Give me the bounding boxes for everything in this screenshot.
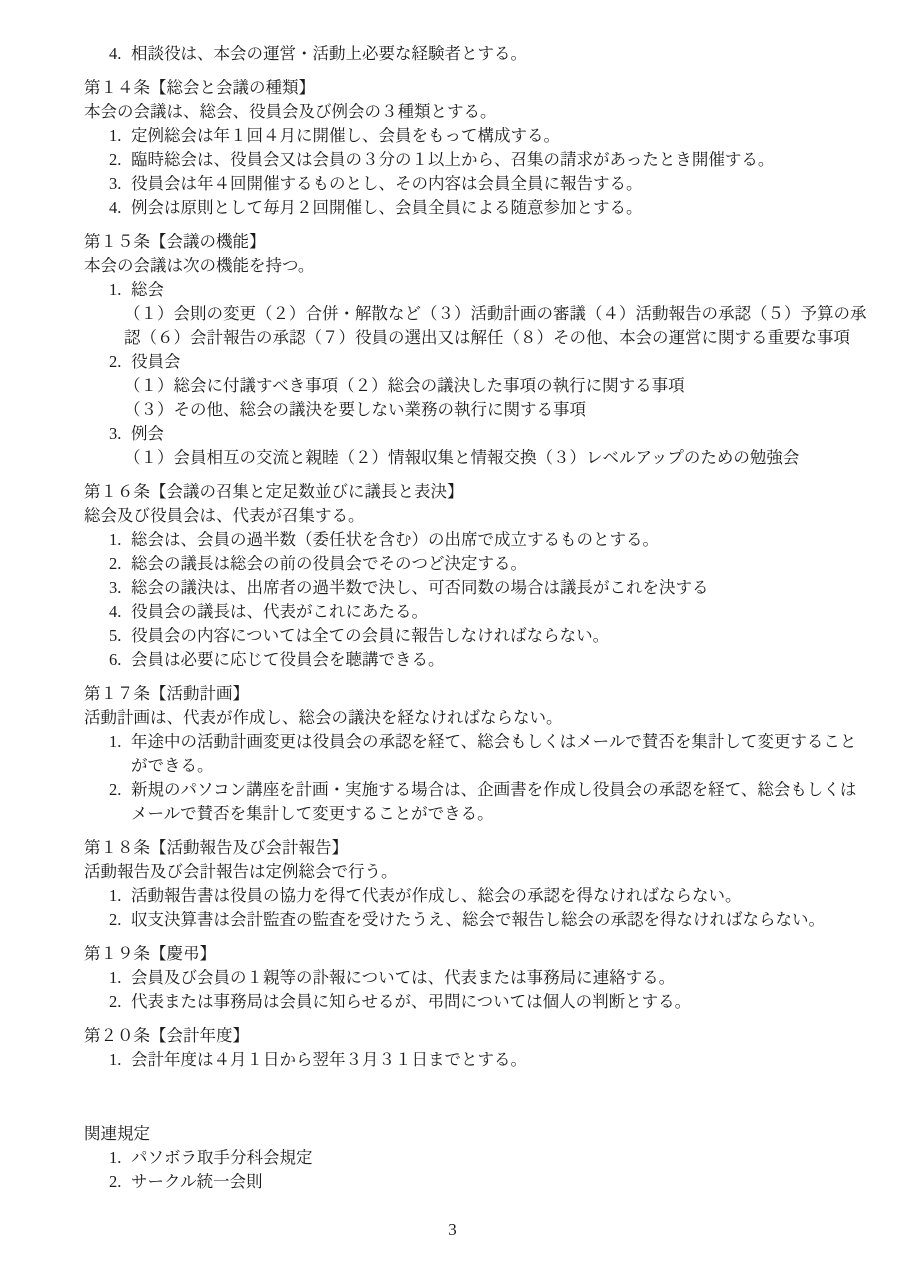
list-item-number: 2. (109, 990, 131, 1014)
section-heading: 第１８条【活動報告及び会計報告】 (84, 836, 865, 860)
list-item-text: 例会は原則として毎月２回開催し、会員全員による随意参加とする。 (131, 196, 643, 220)
list-item: 3.総会の議決は、出席者の過半数で決し、可否同数の場合は議長がこれを決する (84, 576, 865, 600)
list-item-text-continuation: メールで賛否を集計して変更することができる。 (109, 802, 865, 826)
list-item-text-continuation: ができる。 (109, 754, 865, 778)
list-item-row: 6.会員は必要に応じて役員会を聴講できる。 (109, 648, 865, 672)
sub-item-line: （１）会則の変更（２）合併・解散など（３）活動計画の審議（４）活動報告の承認（５… (84, 302, 865, 326)
section-heading: 第１４条【総会と会議の種類】 (84, 76, 865, 100)
sub-item-line: （１）総会に付議すべき事項（２）総会の議決した事項の執行に関する事項 (84, 374, 865, 398)
list-item-row: 1.会員及び会員の１親等の訃報については、代表または事務局に連絡する。 (109, 966, 865, 990)
list-item-number: 3. (109, 422, 131, 446)
list-item: 4.相談役は、本会の運営・活動上必要な経験者とする。 (84, 42, 865, 66)
paragraph: 本会の会議は次の機能を持つ。 (84, 254, 865, 278)
list-item-text: 相談役は、本会の運営・活動上必要な経験者とする。 (131, 42, 527, 66)
list-item: 1.会計年度は４月１日から翌年３月３１日までとする。 (84, 1048, 865, 1072)
list-item-row: 2.収支決算書は会計監査の監査を受けたうえ、総会で報告し総会の承認を得なければな… (109, 908, 865, 932)
list-item-number: 1. (109, 966, 131, 990)
list-item-text: パソボラ取手分科会規定 (131, 1146, 313, 1170)
list-item-number: 1. (109, 528, 131, 552)
list-item-number: 3. (109, 576, 131, 600)
list-item-row: 2.新規のパソコン講座を計画・実施する場合は、企画書を作成し役員会の承認を経て、… (109, 778, 865, 802)
list-item: 1.総会 (84, 278, 865, 302)
list-item-number: 1. (109, 730, 131, 754)
paragraph: 本会の会議は、総会、役員会及び例会の３種類とする。 (84, 100, 865, 124)
list-item-number: 2. (109, 778, 131, 802)
list-item-text: 臨時総会は、役員会又は会員の３分の１以上から、召集の請求があったとき開催する。 (131, 148, 774, 172)
list-item-text: 会計年度は４月１日から翌年３月３１日までとする。 (131, 1048, 527, 1072)
list-item: 4.例会は原則として毎月２回開催し、会員全員による随意参加とする。 (84, 196, 865, 220)
list-item-row: 2.総会の議長は総会の前の役員会でそのつど決定する。 (109, 552, 865, 576)
list-item-row: 2.役員会 (109, 350, 865, 374)
list-item-number: 1. (109, 1146, 131, 1170)
list-item-row: 1.パソボラ取手分科会規定 (109, 1146, 865, 1170)
list-item: 1.定例総会は年１回４月に開催し、会員をもって構成する。 (84, 124, 865, 148)
spacer (84, 1072, 865, 1112)
list-item-row: 2.臨時総会は、役員会又は会員の３分の１以上から、召集の請求があったとき開催する… (109, 148, 865, 172)
list-item-text: 役員会の内容については全ての会員に報告しなければならない。 (131, 624, 609, 648)
list-item: 2.新規のパソコン講座を計画・実施する場合は、企画書を作成し役員会の承認を経て、… (84, 778, 865, 826)
list-item-row: 3.役員会は年４回開催するものとし、その内容は会員全員に報告する。 (109, 172, 865, 196)
list-item-text: 新規のパソコン講座を計画・実施する場合は、企画書を作成し役員会の承認を経て、総会… (131, 778, 856, 802)
list-item-text: 会員及び会員の１親等の訃報については、代表または事務局に連絡する。 (131, 966, 675, 990)
list-item-number: 2. (109, 350, 131, 374)
list-item-text: 総会 (131, 278, 164, 302)
list-item-number: 1. (109, 884, 131, 908)
list-item-number: 2. (109, 908, 131, 932)
section-heading: 関連規定 (84, 1122, 865, 1146)
list-item: 2.臨時総会は、役員会又は会員の３分の１以上から、召集の請求があったとき開催する… (84, 148, 865, 172)
list-item: 1.年途中の活動計画変更は役員会の承認を経て、総会もしくはメールで賛否を集計して… (84, 730, 865, 778)
section-heading: 第１５条【会議の機能】 (84, 230, 865, 254)
list-item-row: 1.定例総会は年１回４月に開催し、会員をもって構成する。 (109, 124, 865, 148)
list-item-number: 5. (109, 624, 131, 648)
list-item-row: 4.役員会の議長は、代表がこれにあたる。 (109, 600, 865, 624)
sub-item-line: （３）その他、総会の議決を要しない業務の執行に関する事項 (84, 398, 865, 422)
list-item-text: 会員は必要に応じて役員会を聴講できる。 (131, 648, 445, 672)
list-item-number: 2. (109, 148, 131, 172)
list-item-text: 収支決算書は会計監査の監査を受けたうえ、総会で報告し総会の承認を得なければならな… (131, 908, 825, 932)
list-item-number: 2. (109, 1170, 131, 1194)
list-item: 3.役員会は年４回開催するものとし、その内容は会員全員に報告する。 (84, 172, 865, 196)
list-item-text: 定例総会は年１回４月に開催し、会員をもって構成する。 (131, 124, 560, 148)
section-heading: 第１６条【会議の召集と定足数並びに議長と表決】 (84, 480, 865, 504)
list-item: 5.役員会の内容については全ての会員に報告しなければならない。 (84, 624, 865, 648)
list-item-text: 総会の議決は、出席者の過半数で決し、可否同数の場合は議長がこれを決する (131, 576, 709, 600)
list-item-row: 5.役員会の内容については全ての会員に報告しなければならない。 (109, 624, 865, 648)
list-item: 6.会員は必要に応じて役員会を聴講できる。 (84, 648, 865, 672)
list-item-row: 4.相談役は、本会の運営・活動上必要な経験者とする。 (109, 42, 865, 66)
sub-item-line: 認（６）会計報告の承認（７）役員の選出又は解任（８）その他、本会の運営に関する重… (84, 326, 865, 350)
section-heading: 第１７条【活動計画】 (84, 682, 865, 706)
list-item-row: 3.総会の議決は、出席者の過半数で決し、可否同数の場合は議長がこれを決する (109, 576, 865, 600)
list-item-text: 例会 (131, 422, 164, 446)
list-item: 1.活動報告書は役員の協力を得て代表が作成し、総会の承認を得なければならない。 (84, 884, 865, 908)
list-item-row: 2.サークル統一会則 (109, 1170, 865, 1194)
list-item-number: 1. (109, 278, 131, 302)
list-item-text: 役員会 (131, 350, 181, 374)
list-item-row: 3.例会 (109, 422, 865, 446)
list-item-row: 4.例会は原則として毎月２回開催し、会員全員による随意参加とする。 (109, 196, 865, 220)
paragraph: 活動計画は、代表が作成し、総会の議決を経なければならない。 (84, 706, 865, 730)
list-item-text: 総会の議長は総会の前の役員会でそのつど決定する。 (131, 552, 527, 576)
list-item: 2.役員会 (84, 350, 865, 374)
list-item-row: 1.総会 (109, 278, 865, 302)
list-item-number: 4. (109, 600, 131, 624)
list-item-text: サークル統一会則 (131, 1170, 263, 1194)
list-item-number: 1. (109, 124, 131, 148)
list-item-row: 1.年途中の活動計画変更は役員会の承認を経て、総会もしくはメールで賛否を集計して… (109, 730, 865, 754)
document-page: 4.相談役は、本会の運営・活動上必要な経験者とする。第１４条【総会と会議の種類】… (0, 0, 905, 1280)
list-item-number: 2. (109, 552, 131, 576)
section-heading: 第２０条【会計年度】 (84, 1024, 865, 1048)
list-item-number: 3. (109, 172, 131, 196)
paragraph: 活動報告及び会計報告は定例総会で行う。 (84, 860, 865, 884)
list-item-number: 4. (109, 42, 131, 66)
list-item-row: 1.会計年度は４月１日から翌年３月３１日までとする。 (109, 1048, 865, 1072)
list-item-number: 4. (109, 196, 131, 220)
list-item-text: 年途中の活動計画変更は役員会の承認を経て、総会もしくはメールで賛否を集計して変更… (131, 730, 856, 754)
list-item: 2.収支決算書は会計監査の監査を受けたうえ、総会で報告し総会の承認を得なければな… (84, 908, 865, 932)
list-item: 3.例会 (84, 422, 865, 446)
list-item-text: 代表または事務局は会員に知らせるが、弔問については個人の判断とする。 (131, 990, 691, 1014)
sub-item-line: （１）会員相互の交流と親睦（２）情報収集と情報交換（３）レベルアップのための勉強… (84, 446, 865, 470)
list-item: 1.総会は、会員の過半数（委任状を含む）の出席で成立するものとする。 (84, 528, 865, 552)
list-item-text: 総会は、会員の過半数（委任状を含む）の出席で成立するものとする。 (131, 528, 659, 552)
list-item-text: 活動報告書は役員の協力を得て代表が作成し、総会の承認を得なければならない。 (131, 884, 742, 908)
paragraph: 総会及び役員会は、代表が召集する。 (84, 504, 865, 528)
list-item-row: 2.代表または事務局は会員に知らせるが、弔問については個人の判断とする。 (109, 990, 865, 1014)
list-item-row: 1.活動報告書は役員の協力を得て代表が作成し、総会の承認を得なければならない。 (109, 884, 865, 908)
list-item: 1.パソボラ取手分科会規定 (84, 1146, 865, 1170)
list-item-text: 役員会は年４回開催するものとし、その内容は会員全員に報告する。 (131, 172, 643, 196)
section-heading: 第１９条【慶弔】 (84, 942, 865, 966)
list-item-text: 役員会の議長は、代表がこれにあたる。 (131, 600, 428, 624)
list-item: 2.総会の議長は総会の前の役員会でそのつど決定する。 (84, 552, 865, 576)
list-item: 4.役員会の議長は、代表がこれにあたる。 (84, 600, 865, 624)
list-item-row: 1.総会は、会員の過半数（委任状を含む）の出席で成立するものとする。 (109, 528, 865, 552)
page-number: 3 (0, 1218, 905, 1242)
document-body: 4.相談役は、本会の運営・活動上必要な経験者とする。第１４条【総会と会議の種類】… (84, 42, 865, 1194)
list-item-number: 6. (109, 648, 131, 672)
list-item-number: 1. (109, 1048, 131, 1072)
list-item: 2.代表または事務局は会員に知らせるが、弔問については個人の判断とする。 (84, 990, 865, 1014)
list-item: 1.会員及び会員の１親等の訃報については、代表または事務局に連絡する。 (84, 966, 865, 990)
list-item: 2.サークル統一会則 (84, 1170, 865, 1194)
